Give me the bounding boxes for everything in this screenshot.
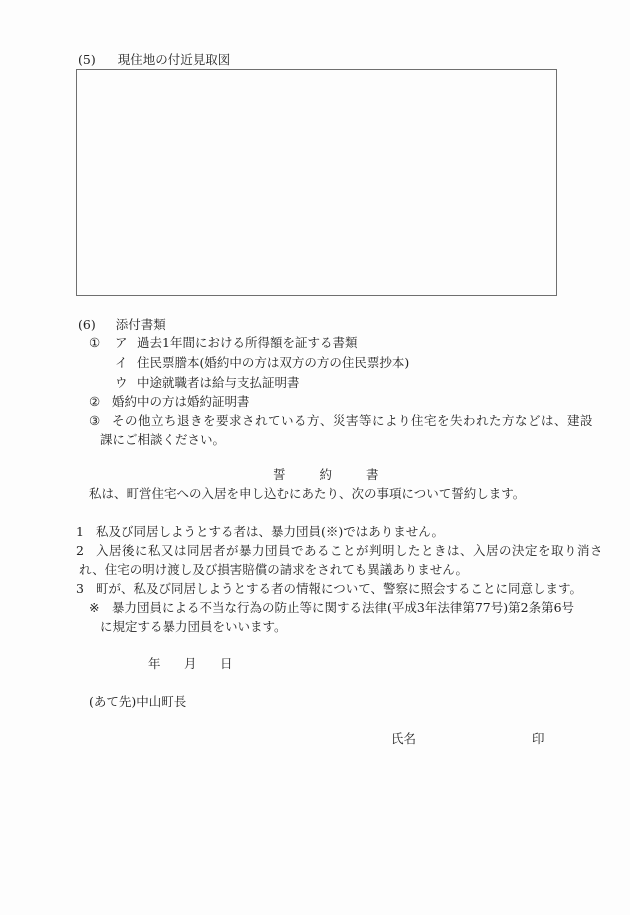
attachment-sub-a-text: 過去1年間における所得額を証する書類 <box>137 335 357 351</box>
date-year-label: 年 <box>148 656 161 672</box>
attachment-item-3-line2: 課にご相談ください。 <box>100 432 225 448</box>
section5-number: (5) <box>78 52 96 67</box>
section6-title: 添付書類 <box>116 317 166 332</box>
section5-heading: (5) 現住地の付近見取図 <box>78 52 230 68</box>
attachment-sub-u-marker: ウ <box>115 375 128 391</box>
attachment-sub-i-marker: イ <box>115 355 128 371</box>
note-line2: に規定する暴力団員をいいます。 <box>100 619 287 635</box>
pledge-title-char-2: 約 <box>319 467 332 482</box>
section6-heading: (6) 添付書類 <box>78 317 166 333</box>
section5-title: 現住地の付近見取図 <box>118 52 231 67</box>
attachment-sub-i-text: 住民票謄本(婚約中の方は双方の方の住民票抄本) <box>137 355 409 371</box>
pledge-title: 誓 約 書 <box>273 467 378 483</box>
attachment-sub-a-marker: ア <box>115 335 128 351</box>
pledge-item-1-text: 私及び同居しようとする者は、暴力団員(※)ではありません。 <box>96 524 444 540</box>
date-month-label: 月 <box>184 656 197 672</box>
pledge-item-3-text: 町が、私及び同居しようとする者の情報について、警察に照会することに同意します。 <box>96 581 582 597</box>
circled-number-2: ② <box>89 394 100 410</box>
circled-number-1: ① <box>89 335 100 350</box>
seal-label: 印 <box>532 731 545 747</box>
pledge-title-char-1: 誓 <box>273 467 286 482</box>
attachment-item-2-text: 婚約中の方は婚約証明書 <box>112 394 250 410</box>
note-marker: ※ <box>89 600 99 616</box>
note-line1: 暴力団員による不当な行為の防止等に関する法律(平成3年法律第77号)第2条第6号 <box>112 600 574 616</box>
date-day-label: 日 <box>220 656 233 672</box>
attachment-item-1a: ① <box>89 335 100 351</box>
pledge-item-1-number: 1 <box>76 524 84 540</box>
pledge-title-char-3: 書 <box>366 467 379 482</box>
addressee: (あて先)中山町長 <box>89 694 186 710</box>
attachment-sub-u-text: 中途就職者は給与支払証明書 <box>137 375 300 391</box>
pledge-item-2-number: 2 <box>76 543 84 559</box>
section6-number: (6) <box>78 317 96 332</box>
attachment-item-3-line1: その他立ち退きを要求されている方、災害等により住宅を失われた方などは、建設 <box>112 413 593 429</box>
circled-number-3: ③ <box>89 413 100 429</box>
location-map-box[interactable] <box>76 69 557 296</box>
pledge-item-3-number: 3 <box>76 581 84 597</box>
pledge-item-2-line2: れ、住宅の明け渡し及び損害賠償の請求をされても異議ありません。 <box>79 562 468 578</box>
pledge-item-2-line1: 入居後に私又は同居者が暴力団員であることが判明したときは、入居の決定を取り消さ <box>96 543 603 559</box>
pledge-intro: 私は、町営住宅への入居を申し込むにあたり、次の事項について誓約します。 <box>89 486 525 502</box>
name-label: 氏名 <box>391 731 416 747</box>
